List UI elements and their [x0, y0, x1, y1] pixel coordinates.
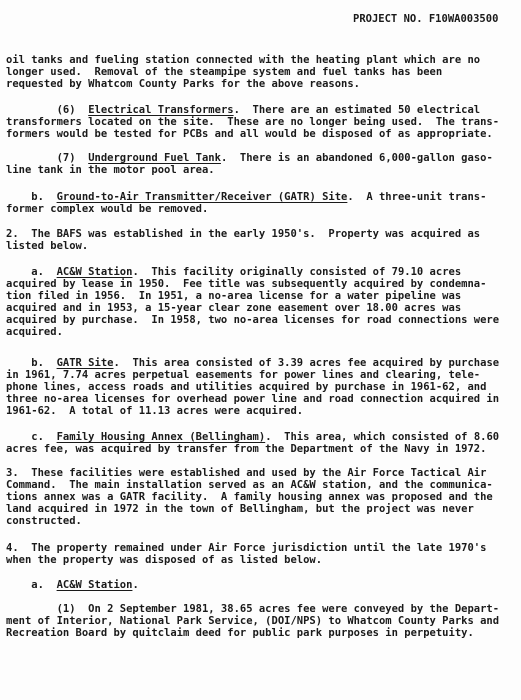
- text-run: requested by Whatcom County Parks for th…: [6, 78, 360, 90]
- text-line: acquired.: [6, 326, 63, 338]
- text-line: a. AC&W Station. This facility originall…: [6, 266, 461, 278]
- text-run: phone lines, access roads and utilities …: [6, 381, 486, 393]
- text-line: in 1961, 7.74 acres perpetual easements …: [6, 369, 480, 381]
- text-run: longer used. Removal of the steampipe sy…: [6, 66, 442, 78]
- document-page: PROJECT NO. F10WA003500 oil tanks and fu…: [0, 0, 521, 700]
- section-heading: Electrical Transformers: [88, 104, 233, 116]
- text-line: formers would be tested for PCBs and all…: [6, 128, 493, 140]
- text-line: constructed.: [6, 515, 82, 527]
- text-run: in 1961, 7.74 acres perpetual easements …: [6, 369, 480, 381]
- text-run: formers would be tested for PCBs and all…: [6, 128, 493, 140]
- text-line: acquired and in 1953, a 15-year clear zo…: [6, 302, 461, 314]
- text-run: tion filed in 1956. In 1951, a no-area l…: [6, 290, 461, 302]
- section-heading: AC&W Station: [57, 579, 133, 591]
- text-line: Command. The main installation served as…: [6, 479, 493, 491]
- text-run: . This area, which consisted of 8.60: [265, 431, 499, 443]
- text-run: acquired.: [6, 326, 63, 338]
- text-line: acquired by purchase. In 1958, two no-ar…: [6, 314, 499, 326]
- text-line: line tank in the motor pool area.: [6, 164, 215, 176]
- text-run: a.: [6, 579, 57, 591]
- text-run: . There is an abandoned 6,000-gallon gas…: [221, 152, 493, 164]
- text-line: three no-area licenses for overhead powe…: [6, 393, 499, 405]
- text-run: . A three-unit trans-: [347, 191, 486, 203]
- text-line: Recreation Board by quitclaim deed for p…: [6, 627, 474, 639]
- text-line: c. Family Housing Annex (Bellingham). Th…: [6, 431, 499, 443]
- text-run: three no-area licenses for overhead powe…: [6, 393, 499, 405]
- section-heading: Ground-to-Air Transmitter/Receiver (GATR…: [57, 191, 348, 203]
- text-line: requested by Whatcom County Parks for th…: [6, 78, 360, 90]
- text-run: b.: [6, 357, 57, 369]
- section-heading: Underground Fuel Tank: [88, 152, 221, 164]
- text-run: ment of Interior, National Park Service,…: [6, 615, 499, 627]
- text-line: when the property was disposed of as lis…: [6, 554, 322, 566]
- text-run: c.: [6, 431, 57, 443]
- text-run: Recreation Board by quitclaim deed for p…: [6, 627, 474, 639]
- text-line: (6) Electrical Transformers. There are a…: [6, 104, 480, 116]
- text-run: 3. These facilities were established and…: [6, 467, 486, 479]
- text-line: a. AC&W Station.: [6, 579, 139, 591]
- text-run: oil tanks and fueling station connected …: [6, 54, 480, 66]
- text-run: (6): [6, 104, 88, 116]
- text-run: former complex would be removed.: [6, 203, 208, 215]
- text-line: b. GATR Site. This area consisted of 3.3…: [6, 357, 499, 369]
- text-line: acres fee, was acquired by transfer from…: [6, 443, 486, 455]
- text-run: . This area consisted of 3.39 acres fee …: [113, 357, 499, 369]
- text-line: tions annex was a GATR facility. A famil…: [6, 491, 493, 503]
- text-line: (1) On 2 September 1981, 38.65 acres fee…: [6, 603, 499, 615]
- text-line: 4. The property remained under Air Force…: [6, 542, 486, 554]
- text-line: b. Ground-to-Air Transmitter/Receiver (G…: [6, 191, 486, 203]
- text-run: listed below.: [6, 240, 88, 252]
- text-run: land acquired in 1972 in the town of Bel…: [6, 503, 474, 515]
- text-run: transformers located on the site. These …: [6, 116, 499, 128]
- text-line: land acquired in 1972 in the town of Bel…: [6, 503, 474, 515]
- text-run: . This facility originally consisted of …: [132, 266, 461, 278]
- text-line: 1961-62. A total of 11.13 acres were acq…: [6, 405, 303, 417]
- text-run: b.: [6, 191, 57, 203]
- text-run: acquired and in 1953, a 15-year clear zo…: [6, 302, 461, 314]
- text-run: acres fee, was acquired by transfer from…: [6, 443, 486, 455]
- section-heading: Family Housing Annex (Bellingham): [57, 431, 266, 443]
- text-line: longer used. Removal of the steampipe sy…: [6, 66, 442, 78]
- text-run: . There are an estimated 50 electrical: [234, 104, 481, 116]
- text-run: 2. The BAFS was established in the early…: [6, 228, 480, 240]
- text-line: tion filed in 1956. In 1951, a no-area l…: [6, 290, 461, 302]
- text-run: 1961-62. A total of 11.13 acres were acq…: [6, 405, 303, 417]
- text-run: (7): [6, 152, 88, 164]
- text-run: acquired by lease in 1950. Fee title was…: [6, 278, 486, 290]
- text-run: a.: [6, 266, 57, 278]
- section-heading: GATR Site: [57, 357, 114, 369]
- text-line: oil tanks and fueling station connected …: [6, 54, 480, 66]
- text-run: Command. The main installation served as…: [6, 479, 493, 491]
- project-number-header: PROJECT NO. F10WA003500: [353, 13, 498, 25]
- text-line: listed below.: [6, 240, 88, 252]
- text-run: 4. The property remained under Air Force…: [6, 542, 486, 554]
- text-run: .: [132, 579, 138, 591]
- text-run: line tank in the motor pool area.: [6, 164, 215, 176]
- text-line: acquired by lease in 1950. Fee title was…: [6, 278, 486, 290]
- text-line: transformers located on the site. These …: [6, 116, 499, 128]
- text-line: (7) Underground Fuel Tank. There is an a…: [6, 152, 493, 164]
- text-line: 2. The BAFS was established in the early…: [6, 228, 480, 240]
- text-line: former complex would be removed.: [6, 203, 208, 215]
- text-run: acquired by purchase. In 1958, two no-ar…: [6, 314, 499, 326]
- text-line: ment of Interior, National Park Service,…: [6, 615, 499, 627]
- text-run: when the property was disposed of as lis…: [6, 554, 322, 566]
- text-run: (1) On 2 September 1981, 38.65 acres fee…: [6, 603, 499, 615]
- section-heading: AC&W Station: [57, 266, 133, 278]
- text-run: constructed.: [6, 515, 82, 527]
- text-run: tions annex was a GATR facility. A famil…: [6, 491, 493, 503]
- text-line: phone lines, access roads and utilities …: [6, 381, 486, 393]
- text-line: 3. These facilities were established and…: [6, 467, 486, 479]
